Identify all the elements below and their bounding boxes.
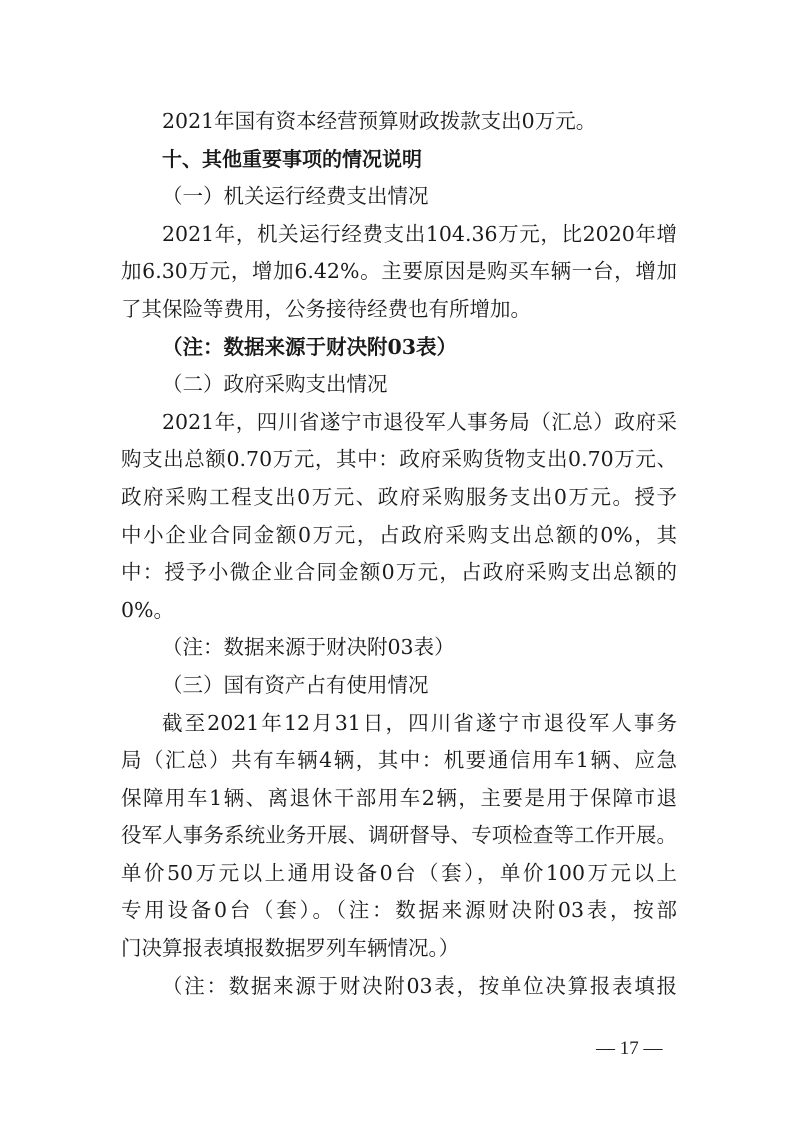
text-line: 2021年，机关运行经费支出104.36万元，比2020年增 [121, 216, 677, 254]
text-line: 购支出总额0.70万元，其中：政府采购货物支出0.70万元、 [121, 441, 677, 479]
text-line: 单价50万元以上通用设备0台（套），单价100万元以上 [121, 855, 677, 893]
source-note: （注：数据来源于财决附03表，按单位决算报表填报 [121, 968, 677, 1006]
text-line: 门决算报表填报数据罗列车辆情况。） [121, 930, 677, 968]
text-line: 役军人事务系统业务开展、调研督导、专项检查等工作开展。 [121, 817, 677, 855]
text-line: 2021年，四川省遂宁市退役军人事务局（汇总）政府采 [121, 404, 677, 442]
page-number: — 17 — [596, 1038, 663, 1060]
text-line: 截至2021年12月31日，四川省遂宁市退役军人事务 [121, 705, 677, 743]
document-page: 2021年国有资本经营预算财政拨款支出0万元。 十、其他重要事项的情况说明 （一… [0, 0, 793, 1122]
section-heading: 十、其他重要事项的情况说明 [121, 141, 677, 179]
text-line: 局（汇总）共有车辆4辆，其中：机要通信用车1辆、应急 [121, 742, 677, 780]
text-line: 保障用车1辆、离退休干部用车2辆，主要是用于保障市退 [121, 780, 677, 818]
source-note-bold: （注：数据来源于财决附03表） [121, 329, 677, 367]
subsection-heading: （三）国有资产占有使用情况 [121, 667, 677, 705]
subsection-heading: （一）机关运行经费支出情况 [121, 178, 677, 216]
text-line: 2021年国有资本经营预算财政拨款支出0万元。 [121, 103, 677, 141]
document-body: 2021年国有资本经营预算财政拨款支出0万元。 十、其他重要事项的情况说明 （一… [121, 103, 677, 1005]
text-line: 中：授予小微企业合同金额0万元，占政府采购支出总额的 [121, 554, 677, 592]
source-note: （注：数据来源于财决附03表） [121, 629, 677, 667]
subsection-heading: （二）政府采购支出情况 [121, 366, 677, 404]
text-line: 0%。 [121, 592, 677, 630]
text-line: 政府采购工程支出0万元、政府采购服务支出0万元。授予 [121, 479, 677, 517]
text-line: 了其保险等费用，公务接待经费也有所增加。 [121, 291, 677, 329]
text-line: 中小企业合同金额0万元，占政府采购支出总额的0%，其 [121, 517, 677, 555]
text-line: 专用设备0台（套）。（注：数据来源财决附03表，按部 [121, 892, 677, 930]
text-line: 加6.30万元，增加6.42%。主要原因是购买车辆一台，增加 [121, 253, 677, 291]
